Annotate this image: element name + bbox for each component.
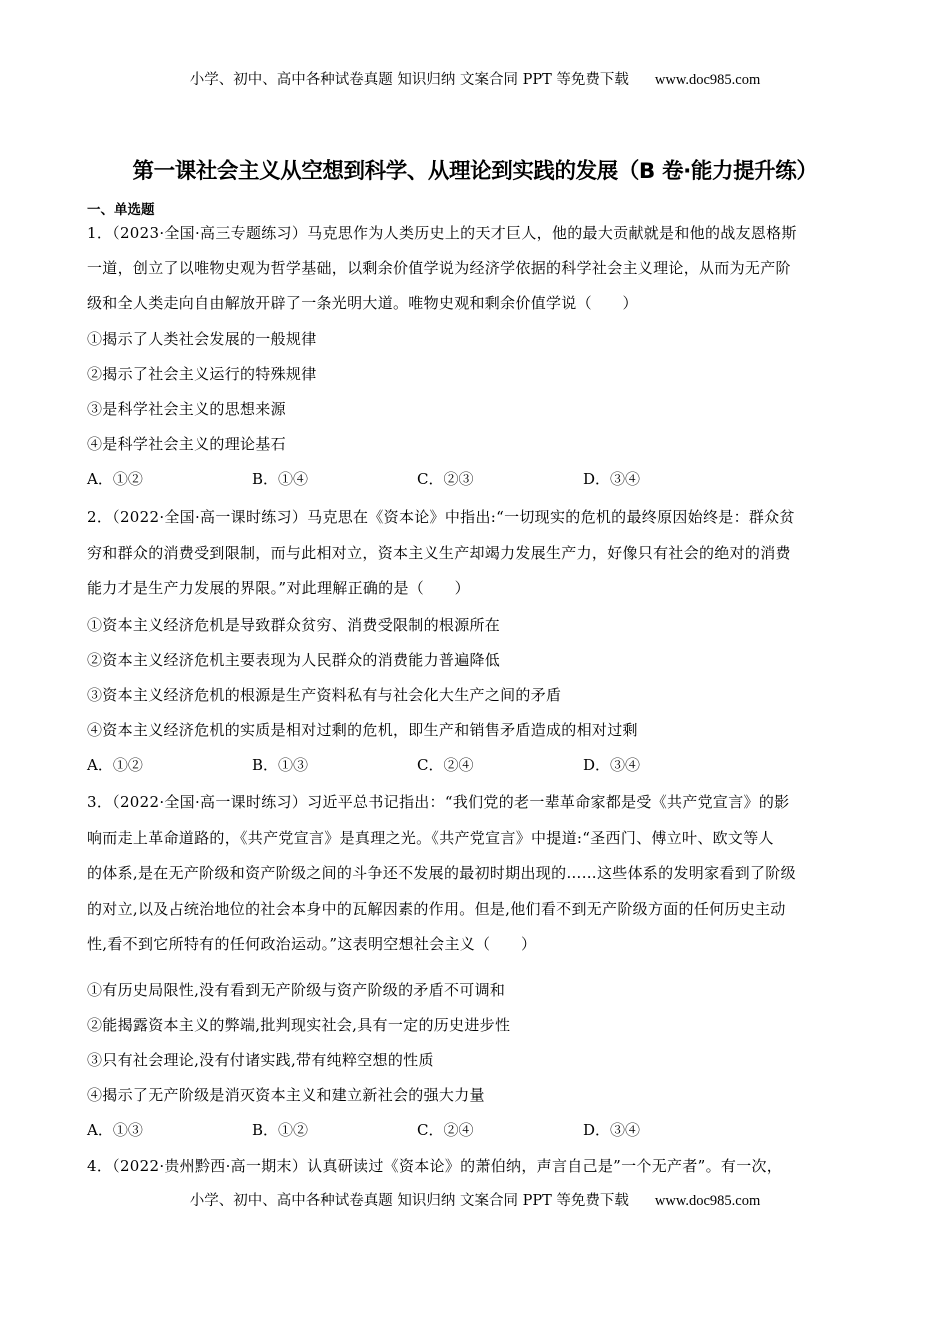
question-2-statement-3: ③资本主义经济危机的根源是生产资料私有与社会化大生产之间的矛盾 [87, 684, 561, 705]
question-3-line-4: 的对立,以及占统治地位的社会本身中的瓦解因素的作用。但是,他们看不到无产阶级方面… [87, 898, 786, 919]
option-a[interactable]: A．①② [87, 754, 143, 775]
option-b[interactable]: B．①③ [252, 754, 308, 775]
question-2-line-3: 能力才是生产力发展的界限。”对此理解正确的是（ ） [87, 577, 470, 598]
option-d[interactable]: D．③④ [583, 1119, 640, 1140]
banner-url: www.doc985.com [655, 72, 760, 88]
option-c[interactable]: C．②③ [417, 468, 473, 489]
question-2-line-1: 2．（2022·全国·高一课时练习）马克思在《资本论》中指出:“一切现实的危机的… [87, 506, 795, 527]
option-b[interactable]: B．①④ [252, 468, 308, 489]
page-title: 第一课社会主义从空想到科学、从理论到实践的发展（B 卷·能力提升练） [0, 154, 950, 185]
question-3-line-3: 的体系,是在无产阶级和资产阶级之间的斗争还不发展的最初时期出现的……这些体系的发… [87, 862, 796, 883]
question-1-line-1: 1．（2023·全国·高三专题练习）马克思作为人类历史上的天才巨人，他的最大贡献… [87, 222, 797, 243]
option-a[interactable]: A．①③ [87, 1119, 143, 1140]
header-banner: 小学、初中、高中各种试卷真题 知识归纳 文案合同 PPT 等免费下载www.do… [0, 68, 950, 89]
question-4-line-1: 4．（2022·贵州黔西·高一期末）认真研读过《资本论》的萧伯纳，声言自己是”一… [87, 1155, 782, 1176]
question-3-statement-2: ②能揭露资本主义的弊端,批判现实社会,具有一定的历史进步性 [87, 1014, 510, 1035]
option-d[interactable]: D．③④ [583, 754, 640, 775]
question-1-statement-3: ③是科学社会主义的思想来源 [87, 398, 286, 419]
question-2-statement-4: ④资本主义经济危机的实质是相对过剩的危机，即生产和销售矛盾造成的相对过剩 [87, 719, 638, 740]
question-2-line-2: 穷和群众的消费受到限制，而与此相对立，资本主义生产却竭力发展生产力，好像只有社会… [87, 542, 791, 563]
footer-banner: 小学、初中、高中各种试卷真题 知识归纳 文案合同 PPT 等免费下载www.do… [0, 1189, 950, 1210]
question-3-statement-1: ①有历史局限性,没有看到无产阶级与资产阶级的矛盾不可调和 [87, 979, 505, 1000]
question-1-line-2: 一道，创立了以唯物史观为哲学基础，以剩余价值学说为经济学依据的科学社会主义理论，… [87, 257, 791, 278]
banner-url: www.doc985.com [655, 1193, 760, 1209]
option-b[interactable]: B．①② [252, 1119, 308, 1140]
question-1-statement-4: ④是科学社会主义的理论基石 [87, 433, 286, 454]
banner-text: 小学、初中、高中各种试卷真题 知识归纳 文案合同 PPT 等免费下载 [190, 1193, 629, 1209]
question-3-statement-3: ③只有社会理论,没有付诸实践,带有纯粹空想的性质 [87, 1049, 434, 1070]
option-c[interactable]: C．②④ [417, 1119, 473, 1140]
question-3-line-5: 性,看不到它所特有的任何政治运动。”这表明空想社会主义（ ） [87, 933, 536, 954]
question-1-statement-1: ①揭示了人类社会发展的一般规律 [87, 328, 317, 349]
question-1-line-3: 级和全人类走向自由解放开辟了一条光明大道。唯物史观和剩余价值学说（ ） [87, 292, 638, 313]
question-2-statement-1: ①资本主义经济危机是导致群众贫穷、消费受限制的根源所在 [87, 614, 500, 635]
question-3-line-1: 3．（2022·全国·高一课时练习）习近平总书记指出：“我们党的老一辈革命家都是… [87, 791, 789, 812]
option-c[interactable]: C．②④ [417, 754, 473, 775]
option-a[interactable]: A．①② [87, 468, 143, 489]
question-2-statement-2: ②资本主义经济危机主要表现为人民群众的消费能力普遍降低 [87, 649, 500, 670]
banner-text: 小学、初中、高中各种试卷真题 知识归纳 文案合同 PPT 等免费下载 [190, 72, 629, 88]
question-3-line-2: 响而走上革命道路的，《共产党宣言》是真理之光。《共产党宣言》中提道:“圣西门、傅… [87, 827, 774, 848]
question-1-statement-2: ②揭示了社会主义运行的特殊规律 [87, 363, 317, 384]
option-d[interactable]: D．③④ [583, 468, 640, 489]
question-3-statement-4: ④揭示了无产阶级是消灭资本主义和建立新社会的强大力量 [87, 1084, 485, 1105]
section-heading: 一、单选题 [87, 198, 155, 218]
